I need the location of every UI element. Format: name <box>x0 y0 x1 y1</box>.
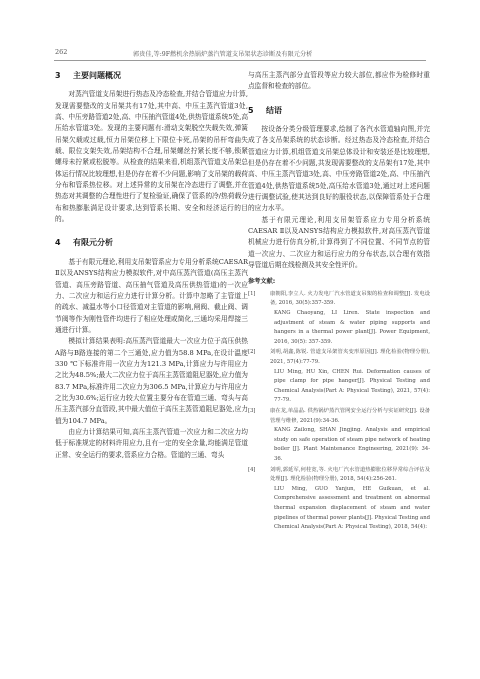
page-number: 262 <box>55 48 67 56</box>
section-4-paragraph-3: 由应力计算结果可知,高压主蒸汽管道一次应力和二次应力均低于标准规定的材料许用应力… <box>55 427 248 461</box>
section-4-paragraph-1: 基于有限元理论,利用支吊架管系应力专用分析系统CAESAR Ⅱ以及ANSYS结构… <box>55 257 248 336</box>
reference-item: [2] 刘明,胡鑫,陈锐. 管道支吊架管夹变形原因[J]. 理化检验(物理分册)… <box>248 348 430 406</box>
right-column: 与高压主蒸汽部分直管段等应力较大部位,都应作为检修时重点监督和检查的部位。 5结… <box>248 70 430 534</box>
section-3-heading: 3主要问题概况 <box>55 70 248 81</box>
page-header: 262 郭贵佳,等:9F燃机余热锅炉蒸汽管道支吊架状态诊断及有限元分析 <box>55 46 426 60</box>
reference-item: [1] 康朝阳,李立人. 火力发电厂汽水管道支吊架的检查和调整[J]. 发电设备… <box>248 290 430 348</box>
left-column: 3主要问题概况 对蒸汽管道支吊架进行热态及冷态检查,并结合管道应力计算,发现需要… <box>55 70 248 461</box>
section-3-paragraph: 对蒸汽管道支吊架进行热态及冷态检查,并结合管道应力计算,发现需要整改的支吊架共有… <box>55 89 248 225</box>
reference-item: [4] 刘明,郭延军,何桂宽,等. 火电厂汽水管道热膨胀位移异常综合评估及处理[… <box>248 466 430 533</box>
section-5-paragraph-2: 基于有限元理论,利用支吊架管系应力专用分析系统CAESAR Ⅱ以及ANSYS结构… <box>248 215 430 272</box>
header-rule <box>54 60 426 61</box>
section-5-heading: 5结语 <box>248 105 430 116</box>
section-4-paragraph-2: 模拟计算结果表明:高压蒸汽管道最大一次应力位于高压供热A路与B路连接的第二个三通… <box>55 336 248 427</box>
section-5-paragraph-1: 按设备分类分级管理要求,绘制了各汽水管道轴向图,并完成了各支吊架系统的状态诊断。… <box>248 124 430 215</box>
reference-item: [3] 康在龙,单晶晶. 供热锅炉蒸汽管网安全运行分析与实证研究[J]. 设备管… <box>248 407 430 465</box>
running-title: 郭贵佳,等:9F燃机余热锅炉蒸汽管道支吊架状态诊断及有限元分析 <box>133 49 312 58</box>
references-heading: 参考文献: <box>248 276 430 287</box>
continued-paragraph: 与高压主蒸汽部分直管段等应力较大部位,都应作为检修时重点监督和检查的部位。 <box>248 70 430 93</box>
section-4-heading: 4有限元分析 <box>55 237 248 248</box>
